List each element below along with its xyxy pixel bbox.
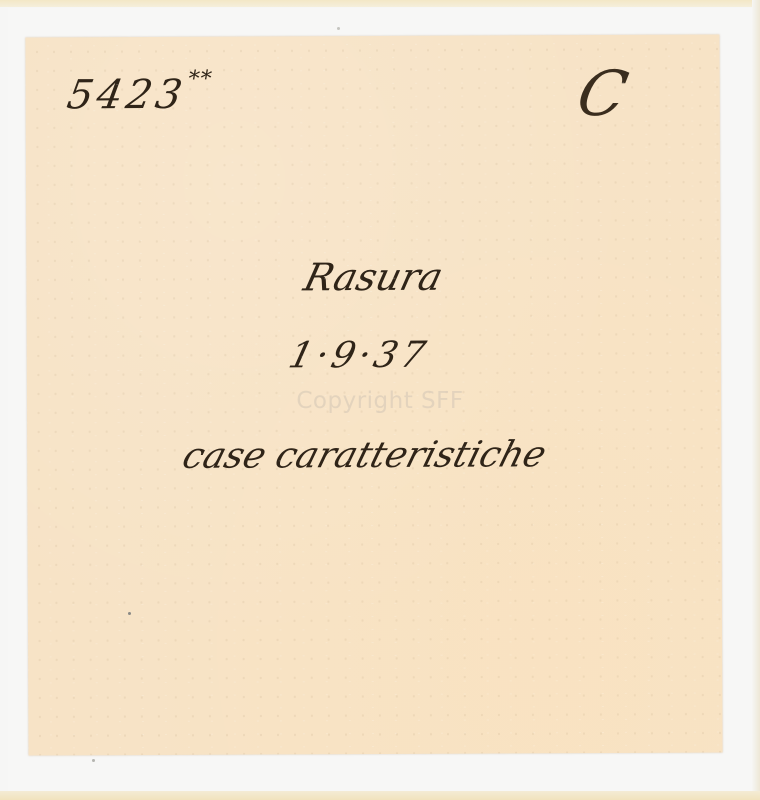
scan-bottom-edge	[0, 791, 760, 800]
catalog-number-value: 5423	[64, 72, 190, 119]
scan-right-edge	[752, 0, 760, 800]
letter-code: C	[572, 63, 632, 125]
scan-top-edge	[0, 0, 760, 7]
card-note: case caratteristiche	[22, 436, 726, 475]
card-title: Rasura	[22, 256, 725, 297]
card-date: 1·9·37	[22, 336, 725, 375]
paper-speck	[128, 612, 131, 615]
catalog-marks: **	[186, 67, 214, 92]
mount-speck	[337, 27, 340, 30]
mount-speck	[92, 759, 95, 762]
index-card: 5423** C Rasura 1·9·37 case caratteristi…	[25, 34, 722, 755]
catalog-number: 5423**	[64, 75, 213, 116]
